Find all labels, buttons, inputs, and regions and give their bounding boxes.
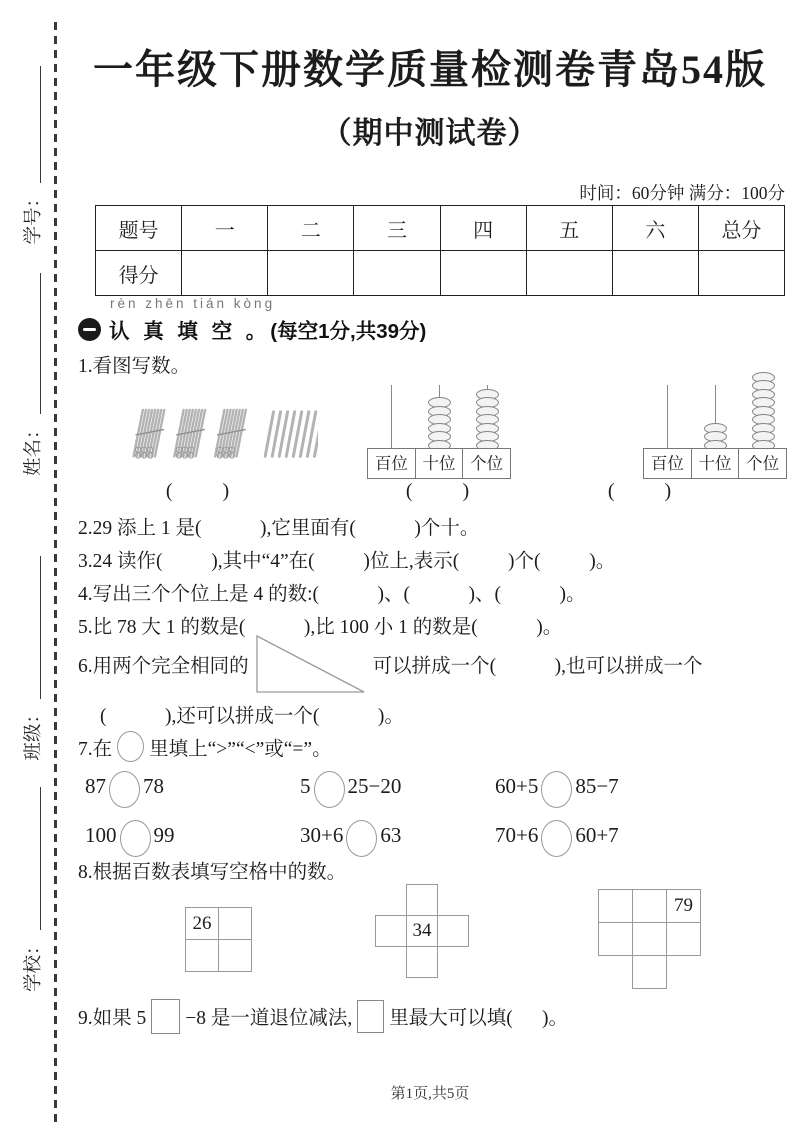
score-table-header-cell: 四 — [440, 206, 526, 251]
abacus-rod — [367, 385, 415, 448]
comparison-left: 60+5 — [495, 774, 538, 799]
comparison-right: 63 — [380, 823, 401, 848]
grid-cell — [218, 907, 252, 940]
comparison-answer-circle — [346, 820, 377, 857]
score-table-header-cell: 六 — [612, 206, 698, 251]
student-number-blank-line — [40, 66, 41, 183]
comparison-answer-circle — [314, 771, 345, 808]
score-table-header-cell: 三 — [354, 206, 440, 251]
question-6-line2: ( ),还可以拼成一个( )。 — [78, 700, 404, 728]
score-input-cell — [268, 251, 354, 296]
score-input-cell — [612, 251, 698, 296]
comparison-item: 10099 — [85, 817, 300, 854]
school-label: 学校： — [19, 936, 45, 992]
grid-row: 26 — [185, 907, 252, 940]
abacus-rods — [643, 385, 787, 448]
grid-cell — [185, 939, 219, 972]
comparison-item: 8778 — [85, 768, 300, 805]
bundled-sticks-image — [128, 398, 318, 472]
hundred-chart-figure-3: 79 — [598, 889, 701, 989]
q7-head-before: 7.在 — [78, 733, 112, 761]
abacus-place-labels: 百位十位个位 — [367, 448, 511, 479]
grid-cell — [375, 915, 407, 947]
grid-row — [375, 884, 469, 916]
score-table-header-cell: 二 — [268, 206, 354, 251]
q6-text-after: 可以拼成一个( ),也可以拼成一个 — [373, 650, 703, 678]
score-table: 题号一二三四五六总分 得分 — [95, 205, 785, 296]
comparison-right: 60+7 — [575, 823, 618, 848]
grid-cell — [598, 922, 633, 956]
section-one-icon — [78, 318, 101, 341]
score-table-header-cell: 五 — [526, 206, 612, 251]
q1-answer-blank-abacus2: ( ) — [592, 480, 687, 503]
section-one-title: 认 真 填 空 。 — [109, 314, 270, 344]
q6-text-before: 6.用两个完全相同的 — [78, 650, 249, 678]
grid-row: 79 — [598, 889, 701, 923]
grid-cell — [406, 884, 438, 916]
comparison-answer-circle — [109, 771, 140, 808]
comparison-right: 25−20 — [348, 774, 402, 799]
grid-row — [598, 955, 701, 989]
score-input-cell — [440, 251, 526, 296]
score-table-score-row: 得分 — [96, 251, 785, 296]
grid-cell — [666, 922, 701, 956]
q1-answer-blank-abacus1: ( ) — [390, 480, 485, 503]
score-label-cell: 得分 — [96, 251, 182, 296]
section-pinyin: rèn zhēn tián kòng — [110, 296, 275, 311]
comparison-left: 5 — [300, 774, 311, 799]
student-field-school: 学校： — [19, 787, 45, 992]
comparison-item: 70+660+7 — [495, 817, 715, 854]
grid-cell — [437, 915, 469, 947]
right-triangle-shape — [255, 634, 367, 694]
grid-cell: 79 — [666, 889, 701, 923]
place-value-label: 十位 — [691, 448, 740, 479]
q9-digit-box-1 — [151, 999, 180, 1034]
grid-cell — [632, 922, 667, 956]
question-8-text: 8.根据百数表填写空格中的数。 — [78, 856, 346, 884]
grid-row — [598, 922, 701, 956]
exam-meta: 时间：60分钟 满分：100分 — [75, 180, 785, 205]
comparison-item: 525−20 — [300, 768, 495, 805]
q7-head-after: 里填上“>”“<”或“=”。 — [149, 733, 331, 761]
score-table-header-cell: 一 — [182, 206, 268, 251]
student-field-number: 学号： — [19, 66, 45, 245]
grid-cell — [598, 889, 633, 923]
q9-text-part2: −8 是一道退位减法, — [185, 1002, 352, 1030]
grid-row: 34 — [375, 915, 469, 947]
student-field-class: 班级： — [19, 556, 45, 761]
question-9-line: 9.如果 5 −8 是一道退位减法, 里最大可以填( )。 — [78, 996, 568, 1036]
abacus-figure-1: 百位十位个位 — [367, 385, 511, 479]
exam-paper-page: 学校： 班级： 姓名： 学号： 一年级下册数学质量检测卷青岛54版 （期中测试卷… — [0, 0, 793, 1122]
grid-row — [185, 939, 252, 972]
abacus-rod — [415, 385, 463, 448]
comparison-answer-circle — [120, 820, 151, 857]
abacus-rod — [739, 385, 787, 448]
page-title: 一年级下册数学质量检测卷青岛54版 — [75, 38, 785, 95]
comparison-left: 87 — [85, 774, 106, 799]
section-one-points: (每空1分,共39分) — [270, 314, 426, 344]
class-label: 班级： — [19, 705, 45, 761]
grid-cell — [406, 946, 438, 978]
name-blank-line — [40, 273, 41, 414]
score-input-cell — [354, 251, 440, 296]
section-one-heading: 认 真 填 空 。 (每空1分,共39分) — [78, 314, 426, 344]
question-3-text: 3.24 读作( ),其中“4”在( )位上,表示( )个( )。 — [78, 545, 615, 573]
q7-example-circle — [117, 731, 144, 762]
name-label: 姓名： — [19, 420, 45, 476]
student-info-margin: 学校： 班级： 姓名： 学号： — [12, 0, 52, 1012]
place-value-label: 十位 — [415, 448, 464, 479]
abacus-rod — [463, 385, 511, 448]
score-table-header-cell: 题号 — [96, 206, 182, 251]
student-field-name: 姓名： — [19, 273, 45, 476]
page-subtitle: （期中测试卷） — [75, 108, 785, 152]
comparison-left: 100 — [85, 823, 117, 848]
comparison-left: 30+6 — [300, 823, 343, 848]
comparison-right: 99 — [154, 823, 175, 848]
hundred-chart-figure-2: 34 — [375, 884, 469, 978]
place-value-label: 百位 — [367, 448, 416, 479]
question-4-text: 4.写出三个个位上是 4 的数:( )、( )、( )。 — [78, 578, 586, 606]
question-2-text: 2.29 添上 1 是( ),它里面有( )个十。 — [78, 512, 479, 540]
abacus-rod — [643, 385, 691, 448]
q9-digit-box-2 — [357, 1000, 384, 1033]
page-number: 第1页,共5页 — [75, 1082, 785, 1103]
score-table-header-row: 题号一二三四五六总分 — [96, 206, 785, 251]
comparison-answer-circle — [541, 820, 572, 857]
score-input-cell — [698, 251, 784, 296]
score-table-header-cell: 总分 — [698, 206, 784, 251]
abacus-rod — [691, 385, 739, 448]
hundred-chart-figure-1: 26 — [185, 907, 252, 972]
q1-answer-blank-sticks: ( ) — [150, 480, 245, 503]
abacus-figure-2: 百位十位个位 — [643, 385, 787, 479]
grid-cell: 26 — [185, 907, 219, 940]
grid-cell: 34 — [406, 915, 438, 947]
abacus-rods — [367, 385, 511, 448]
comparison-left: 70+6 — [495, 823, 538, 848]
q7-items-grid: 8778525−2060+585−71009930+66370+660+7 — [85, 768, 715, 854]
comparison-item: 30+663 — [300, 817, 495, 854]
grid-cell — [632, 889, 667, 923]
question-7-heading: 7.在 里填上“>”“<”或“=”。 — [78, 731, 332, 762]
school-blank-line — [40, 787, 41, 930]
grid-row — [375, 946, 469, 978]
comparison-right: 78 — [143, 774, 164, 799]
q9-text-part1: 9.如果 5 — [78, 1002, 146, 1030]
abacus-place-labels: 百位十位个位 — [643, 448, 787, 479]
comparison-item: 60+585−7 — [495, 768, 715, 805]
place-value-label: 个位 — [462, 448, 511, 479]
class-blank-line — [40, 556, 41, 699]
q9-text-part3: 里最大可以填( )。 — [389, 1002, 568, 1030]
place-value-label: 百位 — [643, 448, 692, 479]
grid-cell — [632, 955, 667, 989]
score-input-cell — [182, 251, 268, 296]
cut-line-dashed — [54, 22, 57, 1122]
grid-cell — [218, 939, 252, 972]
comparison-answer-circle — [541, 771, 572, 808]
question-6-line1: 6.用两个完全相同的 可以拼成一个( ),也可以拼成一个 — [78, 634, 703, 694]
place-value-label: 个位 — [738, 448, 787, 479]
score-input-cell — [526, 251, 612, 296]
comparison-right: 85−7 — [575, 774, 618, 799]
question-1-text: 1.看图写数。 — [78, 350, 190, 378]
student-number-label: 学号： — [19, 189, 45, 245]
